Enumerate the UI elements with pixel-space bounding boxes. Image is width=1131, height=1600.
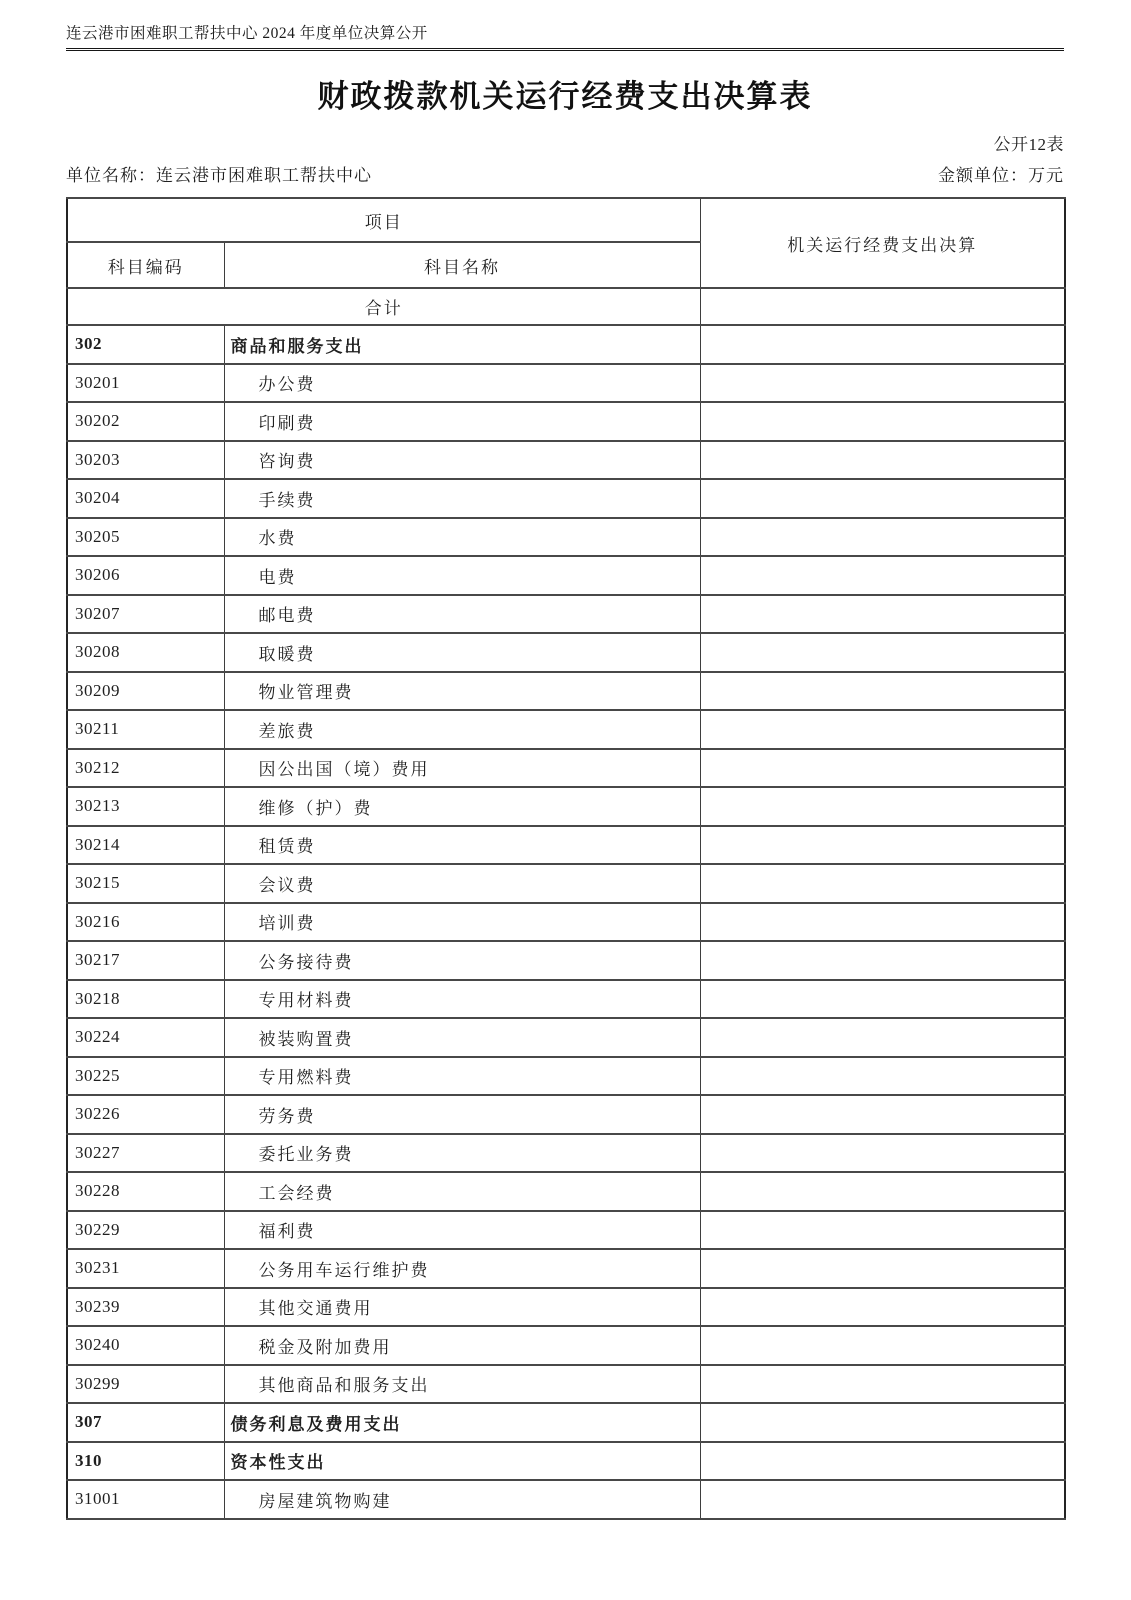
amount-unit: 金额单位：万元 <box>938 164 1064 188</box>
subject-name-cell: 因公出国（境）费用 <box>224 749 700 788</box>
value-cell <box>700 1134 1065 1173</box>
value-cell <box>700 518 1065 557</box>
table-row: 30227委托业务费 <box>67 1134 1065 1173</box>
table-row: 30213维修（护）费 <box>67 787 1065 826</box>
value-cell <box>700 633 1065 672</box>
subject-code-cell: 30206 <box>67 556 224 595</box>
value-cell <box>700 1365 1065 1404</box>
table-row: 30211差旅费 <box>67 710 1065 749</box>
subject-code-cell: 30203 <box>67 441 224 480</box>
subject-code-cell: 30213 <box>67 787 224 826</box>
total-row: 合计 <box>67 288 1065 325</box>
subject-name-cell: 取暖费 <box>224 633 700 672</box>
subject-code-cell: 30205 <box>67 518 224 557</box>
subject-code-cell: 30240 <box>67 1326 224 1365</box>
subject-name-cell: 工会经费 <box>224 1172 700 1211</box>
value-cell <box>700 1249 1065 1288</box>
subject-code-cell: 30214 <box>67 826 224 865</box>
subject-name-cell: 专用材料费 <box>224 980 700 1019</box>
value-cell <box>700 1057 1065 1096</box>
value-cell <box>700 364 1065 403</box>
amount-unit-value: 万元 <box>1028 166 1064 185</box>
table-row: 30212因公出国（境）费用 <box>67 749 1065 788</box>
subject-name-cell: 会议费 <box>224 864 700 903</box>
value-cell <box>700 441 1065 480</box>
value-cell <box>700 479 1065 518</box>
subject-code-cell: 30211 <box>67 710 224 749</box>
value-cell <box>700 325 1065 364</box>
subject-name-cell: 差旅费 <box>224 710 700 749</box>
subject-code-cell: 310 <box>67 1442 224 1481</box>
subject-code-cell: 30224 <box>67 1018 224 1057</box>
table-row: 30240税金及附加费用 <box>67 1326 1065 1365</box>
subject-code-cell: 30228 <box>67 1172 224 1211</box>
subject-name-cell: 手续费 <box>224 479 700 518</box>
value-cell <box>700 1403 1065 1442</box>
amount-unit-label: 金额单位： <box>938 166 1028 185</box>
table-row: 30205水费 <box>67 518 1065 557</box>
subject-name-cell: 债务利息及费用支出 <box>224 1403 700 1442</box>
subject-name-cell: 公务接待费 <box>224 941 700 980</box>
table-row: 302商品和服务支出 <box>67 325 1065 364</box>
subject-code-cell: 30229 <box>67 1211 224 1250</box>
subject-code-cell: 31001 <box>67 1480 224 1519</box>
subject-name-cell: 维修（护）费 <box>224 787 700 826</box>
value-cell <box>700 749 1065 788</box>
table-row: 30207邮电费 <box>67 595 1065 634</box>
subject-code-cell: 30201 <box>67 364 224 403</box>
subject-code-cell: 30239 <box>67 1288 224 1327</box>
value-cell <box>700 826 1065 865</box>
subject-code-cell: 302 <box>67 325 224 364</box>
value-cell <box>700 1095 1065 1134</box>
subject-name-cell: 房屋建筑物购建 <box>224 1480 700 1519</box>
value-cell <box>700 710 1065 749</box>
document-header: 连云港市困难职工帮扶中心 2024 年度单位决算公开 <box>66 0 1064 51</box>
unit-name-label: 单位名称： <box>66 166 156 185</box>
table-row: 30215会议费 <box>67 864 1065 903</box>
table-row: 30229福利费 <box>67 1211 1065 1250</box>
table-row: 310资本性支出 <box>67 1442 1065 1481</box>
subject-name-cell: 劳务费 <box>224 1095 700 1134</box>
subject-code-cell: 30215 <box>67 864 224 903</box>
subject-name-cell: 办公费 <box>224 364 700 403</box>
value-cell <box>700 1480 1065 1519</box>
subject-name-cell: 资本性支出 <box>224 1442 700 1481</box>
table-row: 30202印刷费 <box>67 402 1065 441</box>
table-row: 30203咨询费 <box>67 441 1065 480</box>
table-row: 30204手续费 <box>67 479 1065 518</box>
subject-name-cell: 印刷费 <box>224 402 700 441</box>
value-cell <box>700 864 1065 903</box>
subject-name-cell: 咨询费 <box>224 441 700 480</box>
value-cell <box>700 1172 1065 1211</box>
value-cell <box>700 980 1065 1019</box>
table-row: 30216培训费 <box>67 903 1065 942</box>
table-row: 30214租赁费 <box>67 826 1065 865</box>
subject-name-cell: 商品和服务支出 <box>224 325 700 364</box>
subject-name-cell: 培训费 <box>224 903 700 942</box>
table-row: 30209物业管理费 <box>67 672 1065 711</box>
value-cell <box>700 1326 1065 1365</box>
value-cell <box>700 402 1065 441</box>
table-row: 30217公务接待费 <box>67 941 1065 980</box>
value-cell <box>700 1211 1065 1250</box>
subject-name-cell: 其他交通费用 <box>224 1288 700 1327</box>
value-cell <box>700 672 1065 711</box>
subject-code-cell: 30217 <box>67 941 224 980</box>
value-cell <box>700 903 1065 942</box>
value-cell <box>700 1442 1065 1481</box>
total-value-cell <box>700 288 1065 325</box>
table-row: 30299其他商品和服务支出 <box>67 1365 1065 1404</box>
page-title: 财政拨款机关运行经费支出决算表 <box>66 76 1064 118</box>
subject-name-cell: 其他商品和服务支出 <box>224 1365 700 1404</box>
header-project: 项目 <box>67 198 700 242</box>
unit-name-value: 连云港市困难职工帮扶中心 <box>156 166 372 185</box>
value-cell <box>700 1018 1065 1057</box>
subject-name-cell: 物业管理费 <box>224 672 700 711</box>
subject-name-cell: 水费 <box>224 518 700 557</box>
value-cell <box>700 941 1065 980</box>
subject-code-cell: 30209 <box>67 672 224 711</box>
subject-code-cell: 30208 <box>67 633 224 672</box>
document-page: 连云港市困难职工帮扶中心 2024 年度单位决算公开 财政拨款机关运行经费支出决… <box>0 0 1131 1600</box>
subject-code-cell: 30202 <box>67 402 224 441</box>
header-subject-code: 科目编码 <box>67 242 224 288</box>
table-row: 307债务利息及费用支出 <box>67 1403 1065 1442</box>
table-row: 30228工会经费 <box>67 1172 1065 1211</box>
table-row: 30226劳务费 <box>67 1095 1065 1134</box>
subject-code-cell: 30218 <box>67 980 224 1019</box>
subject-name-cell: 邮电费 <box>224 595 700 634</box>
subject-code-cell: 30204 <box>67 479 224 518</box>
subject-code-cell: 307 <box>67 1403 224 1442</box>
value-cell <box>700 787 1065 826</box>
table-row: 30224被装购置费 <box>67 1018 1065 1057</box>
table-number-label: 公开12表 <box>66 134 1064 156</box>
subject-name-cell: 电费 <box>224 556 700 595</box>
subject-name-cell: 专用燃料费 <box>224 1057 700 1096</box>
subject-code-cell: 30227 <box>67 1134 224 1173</box>
table-row: 30225专用燃料费 <box>67 1057 1065 1096</box>
subject-name-cell: 公务用车运行维护费 <box>224 1249 700 1288</box>
value-cell <box>700 595 1065 634</box>
table-row: 31001房屋建筑物购建 <box>67 1480 1065 1519</box>
subject-code-cell: 30226 <box>67 1095 224 1134</box>
subject-code-cell: 30216 <box>67 903 224 942</box>
table-row: 30201办公费 <box>67 364 1065 403</box>
subject-name-cell: 被装购置费 <box>224 1018 700 1057</box>
meta-row: 单位名称：连云港市困难职工帮扶中心 金额单位：万元 <box>66 164 1064 188</box>
subject-code-cell: 30299 <box>67 1365 224 1404</box>
expenditure-table: 项目 机关运行经费支出决算 科目编码 科目名称 合计 302商品和服务支出302… <box>66 197 1066 1520</box>
header-value-column: 机关运行经费支出决算 <box>700 198 1065 288</box>
table-row: 30231公务用车运行维护费 <box>67 1249 1065 1288</box>
total-label: 合计 <box>67 288 700 325</box>
header-subject-name: 科目名称 <box>224 242 700 288</box>
value-cell <box>700 1288 1065 1327</box>
value-cell <box>700 556 1065 595</box>
subject-name-cell: 税金及附加费用 <box>224 1326 700 1365</box>
table-row: 30239其他交通费用 <box>67 1288 1065 1327</box>
subject-code-cell: 30225 <box>67 1057 224 1096</box>
subject-name-cell: 租赁费 <box>224 826 700 865</box>
table-row: 30218专用材料费 <box>67 980 1065 1019</box>
table-row: 30206电费 <box>67 556 1065 595</box>
subject-code-cell: 30207 <box>67 595 224 634</box>
subject-code-cell: 30212 <box>67 749 224 788</box>
unit-name: 单位名称：连云港市困难职工帮扶中心 <box>66 164 372 188</box>
subject-name-cell: 委托业务费 <box>224 1134 700 1173</box>
subject-name-cell: 福利费 <box>224 1211 700 1250</box>
table-row: 30208取暖费 <box>67 633 1065 672</box>
subject-code-cell: 30231 <box>67 1249 224 1288</box>
